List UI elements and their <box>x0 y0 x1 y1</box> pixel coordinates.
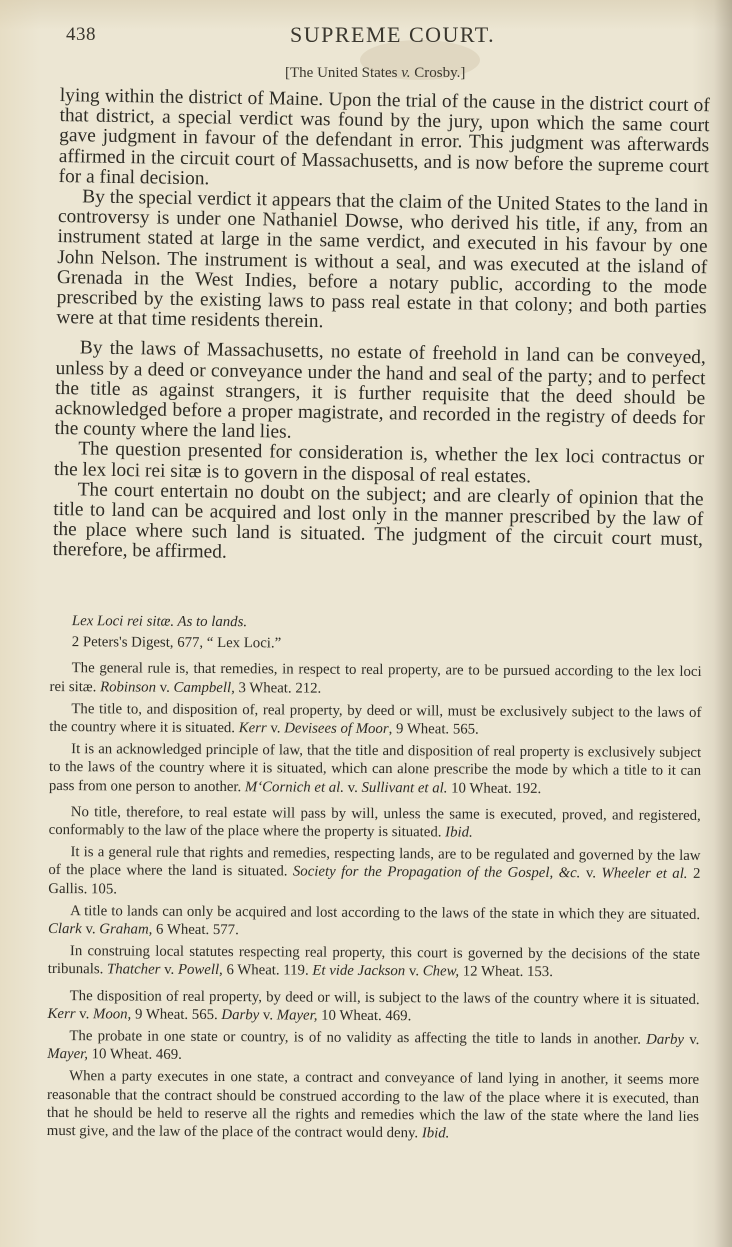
citation-party: Moon, <box>93 1006 131 1022</box>
citation-party: Campbell, <box>174 679 235 695</box>
citation-connector: v. <box>160 962 178 978</box>
citation-party: Kerr <box>239 720 267 736</box>
citation-reporter: , 9 Wheat. 565. <box>389 721 479 738</box>
note-entry: The general rule is, that remedies, in r… <box>49 659 701 699</box>
citation-connector: v. <box>684 1032 699 1048</box>
citation-connector: v. <box>267 720 285 736</box>
note-text: The probate in one state or country, is … <box>69 1028 646 1048</box>
opinion-paragraph: By the laws of Massachusetts, no estate … <box>54 338 706 449</box>
citation-party: Graham, <box>99 921 152 937</box>
page-number: 438 <box>66 24 96 46</box>
note-entry: When a party executes in one state, a co… <box>47 1067 699 1144</box>
citation-party: Mayer, <box>47 1046 88 1062</box>
note-text: When a party executes in one state, a co… <box>47 1069 699 1142</box>
citation-party: Sullivant et al. <box>361 780 447 797</box>
note-entry: In construing local statutes respecting … <box>48 942 700 982</box>
citation-party: Society for the Propagation of the Gospe… <box>293 864 581 882</box>
citation-connector: v. <box>156 679 174 695</box>
citation-party: Robinson <box>100 679 156 695</box>
citation-party: Darby <box>646 1032 684 1048</box>
book-page: 438 SUPREME COURT. [The United States v.… <box>0 0 732 1247</box>
note-entry: It is an acknowledged principle of law, … <box>49 740 701 799</box>
citation-connector: v. <box>344 779 362 795</box>
citation-party: Kerr <box>47 1006 75 1022</box>
case-caption-v: v. <box>401 65 410 81</box>
running-title: SUPREME COURT. <box>290 22 495 48</box>
citation-reporter: 10 Wheat. 469. <box>317 1008 411 1025</box>
citation-reporter: 9 Wheat. 565. <box>131 1006 221 1023</box>
citation-party: Mayer, <box>277 1007 318 1023</box>
citation-connector: v. <box>259 1007 277 1023</box>
note-text: The disposition of real property, by dee… <box>70 988 700 1008</box>
citation-reporter: 10 Wheat. 192. <box>447 780 541 797</box>
notes-heading: Lex Loci rei sitæ. As to lands. <box>50 612 702 634</box>
citation-party: Ibid. <box>422 1125 450 1141</box>
citation-connector: v. <box>580 866 601 882</box>
note-text: A title to lands can only be acquired an… <box>70 903 700 923</box>
citation-party: Wheeler et al. <box>601 866 687 883</box>
citation-party: M‘Cornich et al. <box>245 779 344 796</box>
case-caption-prefix: [The United States <box>285 65 401 81</box>
citation-party: Clark <box>48 921 82 937</box>
note-entry: It is a general rule that rights and rem… <box>48 843 700 902</box>
opinion-text: lying within the district of Maine. Upon… <box>53 86 710 571</box>
citation-reporter: 3 Wheat. 212. <box>235 680 322 697</box>
citation-connector: v. <box>75 1006 93 1022</box>
citation-reporter: 6 Wheat. 119. <box>223 963 313 980</box>
note-entry: No title, therefore, to real estate will… <box>49 803 701 843</box>
citation-party: Et vide Jackson <box>312 963 405 980</box>
note-entry: The probate in one state or country, is … <box>47 1027 699 1067</box>
citation-reporter: 6 Wheat. 577. <box>152 922 239 939</box>
note-entry: The disposition of real property, by dee… <box>47 987 699 1027</box>
note-entry: A title to lands can only be acquired an… <box>48 902 700 942</box>
note-entry: The title to, and disposition of, real p… <box>49 700 701 740</box>
citation-connector: v. <box>405 964 423 980</box>
citation-party: Thatcher <box>107 962 161 978</box>
citation-reporter: 12 Wheat. 153. <box>459 964 553 981</box>
citation-party: Darby <box>221 1007 259 1023</box>
citation-party: Ibid. <box>445 824 473 840</box>
running-head: 438 SUPREME COURT. <box>66 22 706 52</box>
citation-party: Chew, <box>423 964 459 980</box>
citation-party: Powell, <box>178 962 223 978</box>
case-caption-suffix: Crosby.] <box>411 65 466 81</box>
note-text: No title, therefore, to real estate will… <box>49 804 701 840</box>
digest-reference: 2 Peters's Digest, 677, “ Lex Loci.” <box>50 633 702 655</box>
opinion-paragraph: By the special verdict it appears that t… <box>56 187 708 339</box>
citation-connector: v. <box>82 921 100 937</box>
opinion-paragraph: The court entertain no doubt on the subj… <box>53 480 704 571</box>
citation-reporter: 10 Wheat. 469. <box>88 1047 182 1064</box>
citation-party: Devisees of Moor <box>284 720 388 737</box>
case-caption: [The United States v. Crosby.] <box>285 65 465 82</box>
annotation-notes: Lex Loci rei sitæ. As to lands. 2 Peters… <box>47 612 702 1148</box>
opinion-paragraph: lying within the district of Maine. Upon… <box>58 86 710 197</box>
